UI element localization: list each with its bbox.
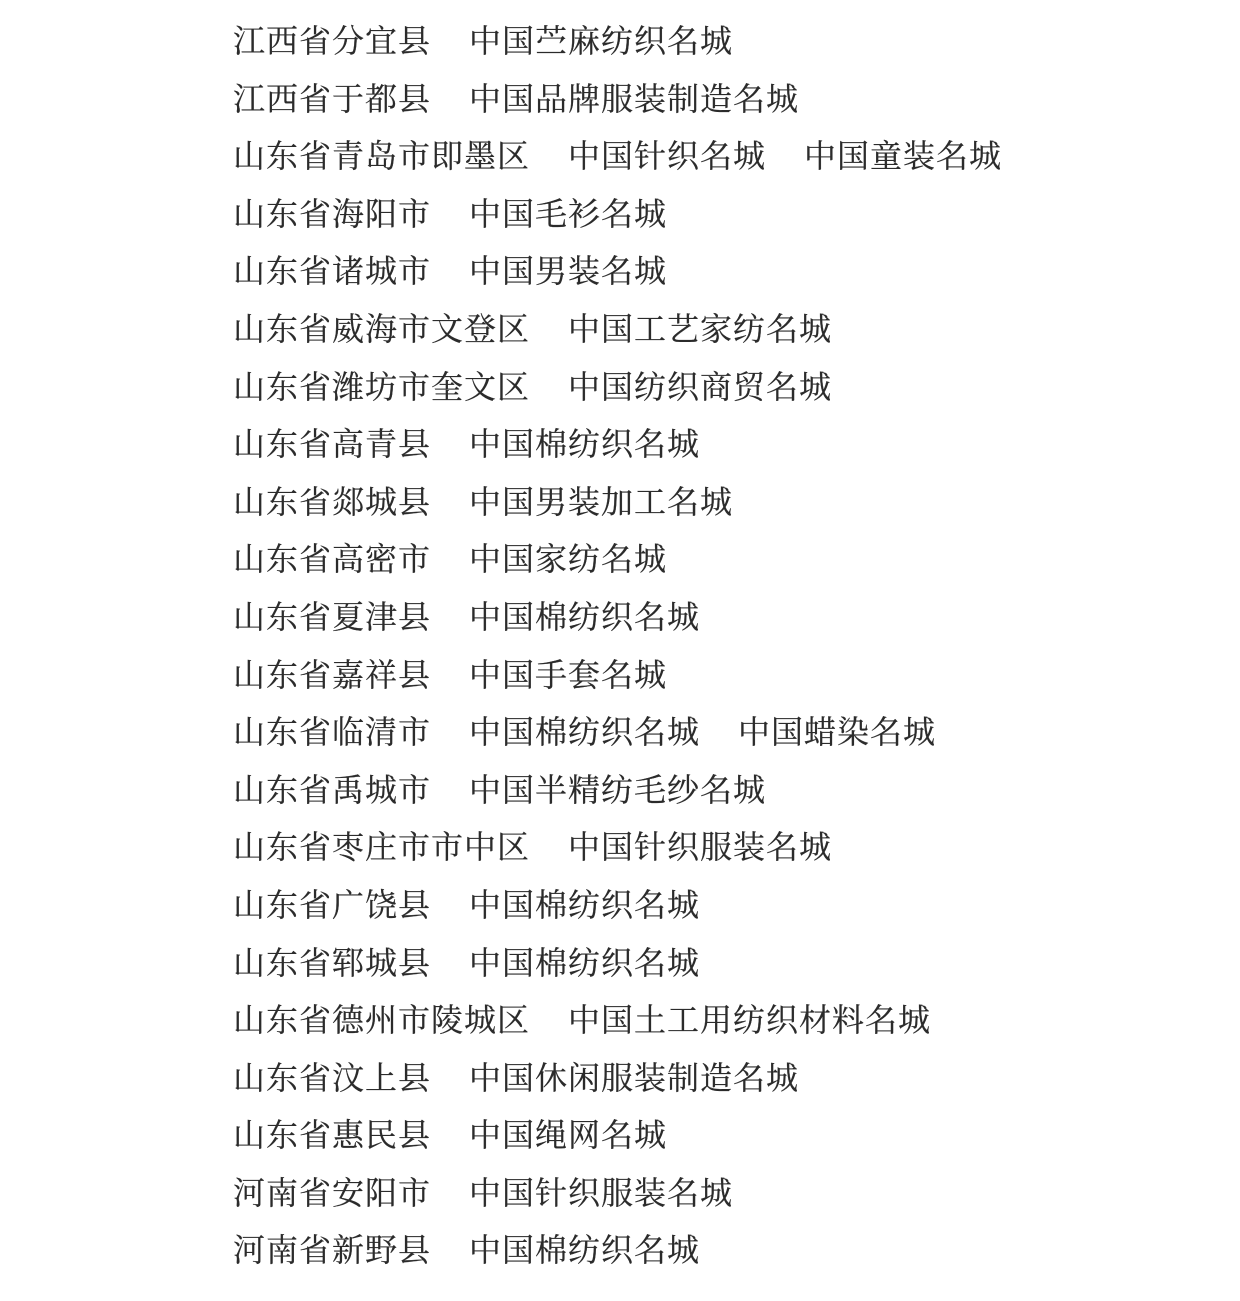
row-location: 山东省郓城县: [233, 935, 431, 993]
row-title: 中国绳网名城: [469, 1107, 667, 1165]
list-row: 山东省惠民县中国绳网名城: [233, 1107, 1240, 1165]
row-location: 山东省惠民县: [233, 1107, 431, 1165]
list-row: 山东省威海市文登区中国工艺家纺名城: [233, 301, 1240, 359]
row-location: 山东省汶上县: [233, 1050, 431, 1108]
row-location: 江西省分宜县: [233, 13, 431, 71]
row-title: 中国棉纺织名城: [469, 1222, 700, 1280]
list-row: 山东省海阳市中国毛衫名城: [233, 186, 1240, 244]
row-location: 山东省夏津县: [233, 589, 431, 647]
row-title: 中国工艺家纺名城: [568, 301, 832, 359]
list-row: 山东省汶上县中国休闲服装制造名城: [233, 1050, 1240, 1108]
list-row: 河南省新野县中国棉纺织名城: [233, 1222, 1240, 1280]
row-title: 中国品牌服装制造名城: [469, 71, 799, 129]
list-row: 山东省德州市陵城区中国土工用纺织材料名城: [233, 992, 1240, 1050]
row-title: 中国纺织商贸名城: [568, 359, 832, 417]
row-title: 中国男装名城: [469, 243, 667, 301]
list-row: 山东省高密市中国家纺名城: [233, 531, 1240, 589]
list-row: 山东省禹城市中国半精纺毛纱名城: [233, 762, 1240, 820]
row-location: 山东省高青县: [233, 416, 431, 474]
list-row: 山东省郓城县中国棉纺织名城: [233, 935, 1240, 993]
list-row: 山东省潍坊市奎文区中国纺织商贸名城: [233, 359, 1240, 417]
row-location: 山东省嘉祥县: [233, 647, 431, 705]
row-title: 中国针织服装名城: [568, 819, 832, 877]
row-title: 中国苎麻纺织名城: [469, 13, 733, 71]
list-row: 山东省临清市中国棉纺织名城中国蜡染名城: [233, 704, 1240, 762]
row-title: 中国男装加工名城: [469, 474, 733, 532]
document-page: 江西省分宜县中国苎麻纺织名城江西省于都县中国品牌服装制造名城山东省青岛市即墨区中…: [0, 0, 1240, 1301]
row-title: 中国棉纺织名城: [469, 704, 700, 762]
list-row: 山东省广饶县中国棉纺织名城: [233, 877, 1240, 935]
row-location: 山东省高密市: [233, 531, 431, 589]
row-title: 中国针织名城: [568, 128, 766, 186]
row-location: 山东省郯城县: [233, 474, 431, 532]
row-title: 中国针织服装名城: [469, 1165, 733, 1223]
row-location: 河南省新野县: [233, 1222, 431, 1280]
list-row: 山东省嘉祥县中国手套名城: [233, 647, 1240, 705]
row-title: 中国休闲服装制造名城: [469, 1050, 799, 1108]
row-location: 山东省诸城市: [233, 243, 431, 301]
list-row: 山东省青岛市即墨区中国针织名城中国童装名城: [233, 128, 1240, 186]
row-title: 中国手套名城: [469, 647, 667, 705]
row-title: 中国棉纺织名城: [469, 935, 700, 993]
row-title: 中国棉纺织名城: [469, 589, 700, 647]
list-row: 山东省郯城县中国男装加工名城: [233, 474, 1240, 532]
list-row: 江西省分宜县中国苎麻纺织名城: [233, 13, 1240, 71]
row-location: 山东省禹城市: [233, 762, 431, 820]
list-row: 山东省枣庄市市中区中国针织服装名城: [233, 819, 1240, 877]
row-title: 中国土工用纺织材料名城: [568, 992, 931, 1050]
row-title: 中国童装名城: [804, 128, 1002, 186]
list-row: 河南省安阳市中国针织服装名城: [233, 1165, 1240, 1223]
row-location: 山东省临清市: [233, 704, 431, 762]
row-location: 山东省青岛市即墨区: [233, 128, 530, 186]
row-location: 山东省潍坊市奎文区: [233, 359, 530, 417]
row-title: 中国家纺名城: [469, 531, 667, 589]
row-title: 中国棉纺织名城: [469, 877, 700, 935]
row-location: 山东省海阳市: [233, 186, 431, 244]
row-title: 中国半精纺毛纱名城: [469, 762, 766, 820]
row-location: 山东省广饶县: [233, 877, 431, 935]
row-title: 中国毛衫名城: [469, 186, 667, 244]
row-title: 中国棉纺织名城: [469, 416, 700, 474]
row-location: 江西省于都县: [233, 71, 431, 129]
list-row: 江西省于都县中国品牌服装制造名城: [233, 71, 1240, 129]
row-location: 河南省安阳市: [233, 1165, 431, 1223]
list-row: 山东省高青县中国棉纺织名城: [233, 416, 1240, 474]
list-row: 山东省夏津县中国棉纺织名城: [233, 589, 1240, 647]
row-location: 山东省枣庄市市中区: [233, 819, 530, 877]
list-row: 山东省诸城市中国男装名城: [233, 243, 1240, 301]
row-title: 中国蜡染名城: [738, 704, 936, 762]
city-list: 江西省分宜县中国苎麻纺织名城江西省于都县中国品牌服装制造名城山东省青岛市即墨区中…: [233, 13, 1240, 1280]
row-location: 山东省德州市陵城区: [233, 992, 530, 1050]
row-location: 山东省威海市文登区: [233, 301, 530, 359]
